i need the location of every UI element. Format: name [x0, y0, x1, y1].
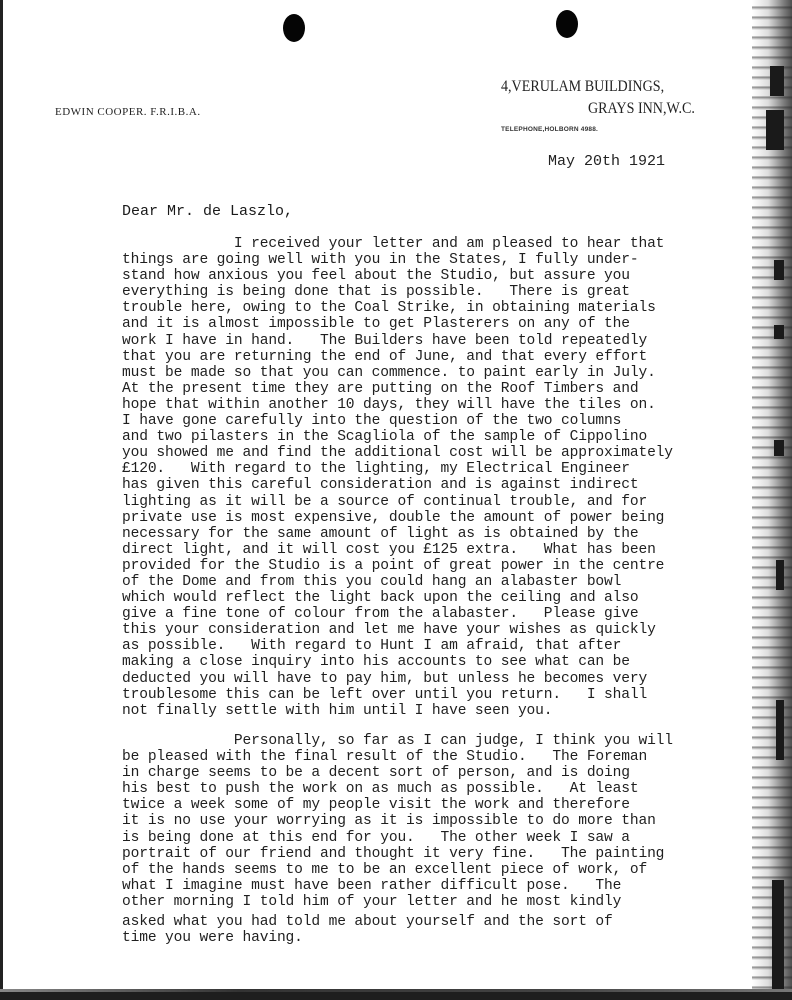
text-line: has given this careful consideration and…: [122, 477, 673, 493]
letter-paragraph-2-continued: asked what you had told me about yoursel…: [122, 914, 613, 946]
text-line: which would reflect the light back upon …: [122, 590, 673, 606]
text-line: £120. With regard to the lighting, my El…: [122, 461, 673, 477]
text-line: and two pilasters in the Scagliola of th…: [122, 429, 673, 445]
text-line: necessary for the same amount of light a…: [122, 526, 673, 542]
text-line: what I imagine must have been rather dif…: [122, 878, 673, 894]
text-line: and it is almost impossible to get Plast…: [122, 316, 673, 332]
scan-shadow: [766, 110, 784, 150]
text-line: this your consideration and let me have …: [122, 622, 673, 638]
text-line: other morning I told him of your letter …: [122, 894, 673, 910]
text-line: be pleased with the final result of the …: [122, 749, 673, 765]
text-line: must be made so that you can commence. t…: [122, 365, 673, 381]
scan-shadow: [774, 440, 784, 456]
text-line: you showed me and find the additional co…: [122, 445, 673, 461]
text-line: of the Dome and from this you could hang…: [122, 574, 673, 590]
text-line: give a fine tone of colour from the alab…: [122, 606, 673, 622]
salutation: Dear Mr. de Laszlo,: [122, 203, 293, 220]
text-line: hope that within another 10 days, they w…: [122, 397, 673, 413]
text-line: twice a week some of my people visit the…: [122, 797, 673, 813]
text-line: work I have in hand. The Builders have b…: [122, 333, 673, 349]
text-line: I have gone carefully into the question …: [122, 413, 673, 429]
letter-paragraph-2: Personally, so far as I can judge, I thi…: [122, 733, 673, 910]
text-line: deducted you will have to pay him, but u…: [122, 671, 673, 687]
text-line: things are going well with you in the St…: [122, 252, 673, 268]
text-line: it is no use your worrying as it is impo…: [122, 813, 673, 829]
letterhead-telephone: TELEPHONE,HOLBORN 4988.: [501, 126, 598, 133]
text-line: everything is being done that is possibl…: [122, 284, 673, 300]
text-line: making a close inquiry into his accounts…: [122, 654, 673, 670]
text-line: in charge seems to be a decent sort of p…: [122, 765, 673, 781]
letter-paragraph-1: I received your letter and am pleased to…: [122, 236, 673, 719]
text-line: as possible. With regard to Hunt I am af…: [122, 638, 673, 654]
text-line: stand how anxious you feel about the Stu…: [122, 268, 673, 284]
text-line: provided for the Studio is a point of gr…: [122, 558, 673, 574]
scan-shadow: [776, 560, 784, 590]
text-line: troublesome this can be left over until …: [122, 687, 673, 703]
text-line: is being done at this end for you. The o…: [122, 830, 673, 846]
scan-bottom-edge: [0, 992, 792, 1000]
text-line: his best to push the work on as much as …: [122, 781, 673, 797]
scan-shadow: [772, 880, 784, 990]
letterhead-sender: EDWIN COOPER. F.R.I.B.A.: [55, 106, 201, 118]
scan-shadow: [776, 700, 784, 760]
text-line: of the hands seems to me to be an excell…: [122, 862, 673, 878]
text-line: At the present time they are putting on …: [122, 381, 673, 397]
scan-left-edge: [0, 0, 3, 1000]
text-line: not finally settle with him until I have…: [122, 703, 673, 719]
scan-shadow: [774, 260, 784, 280]
text-line: asked what you had told me about yoursel…: [122, 914, 613, 930]
letterhead-address-line2: GRAYS INN,W.C.: [588, 100, 695, 118]
scan-shadow: [774, 325, 784, 339]
scan-shadow: [770, 66, 784, 96]
punch-hole: [283, 14, 305, 42]
text-line: lighting as it will be a source of conti…: [122, 494, 673, 510]
text-line: that you are returning the end of June, …: [122, 349, 673, 365]
scan-right-edge: [752, 0, 792, 1000]
text-line: private use is most expensive, double th…: [122, 510, 673, 526]
text-line: I received your letter and am pleased to…: [122, 236, 673, 252]
text-line: Personally, so far as I can judge, I thi…: [122, 733, 673, 749]
text-line: time you were having.: [122, 930, 613, 946]
letter-date: May 20th 1921: [548, 153, 665, 170]
text-line: portrait of our friend and thought it ve…: [122, 846, 673, 862]
punch-hole: [556, 10, 578, 38]
letterhead-address-line1: 4,VERULAM BUILDINGS,: [501, 78, 664, 96]
text-line: direct light, and it will cost you £125 …: [122, 542, 673, 558]
text-line: trouble here, owing to the Coal Strike, …: [122, 300, 673, 316]
